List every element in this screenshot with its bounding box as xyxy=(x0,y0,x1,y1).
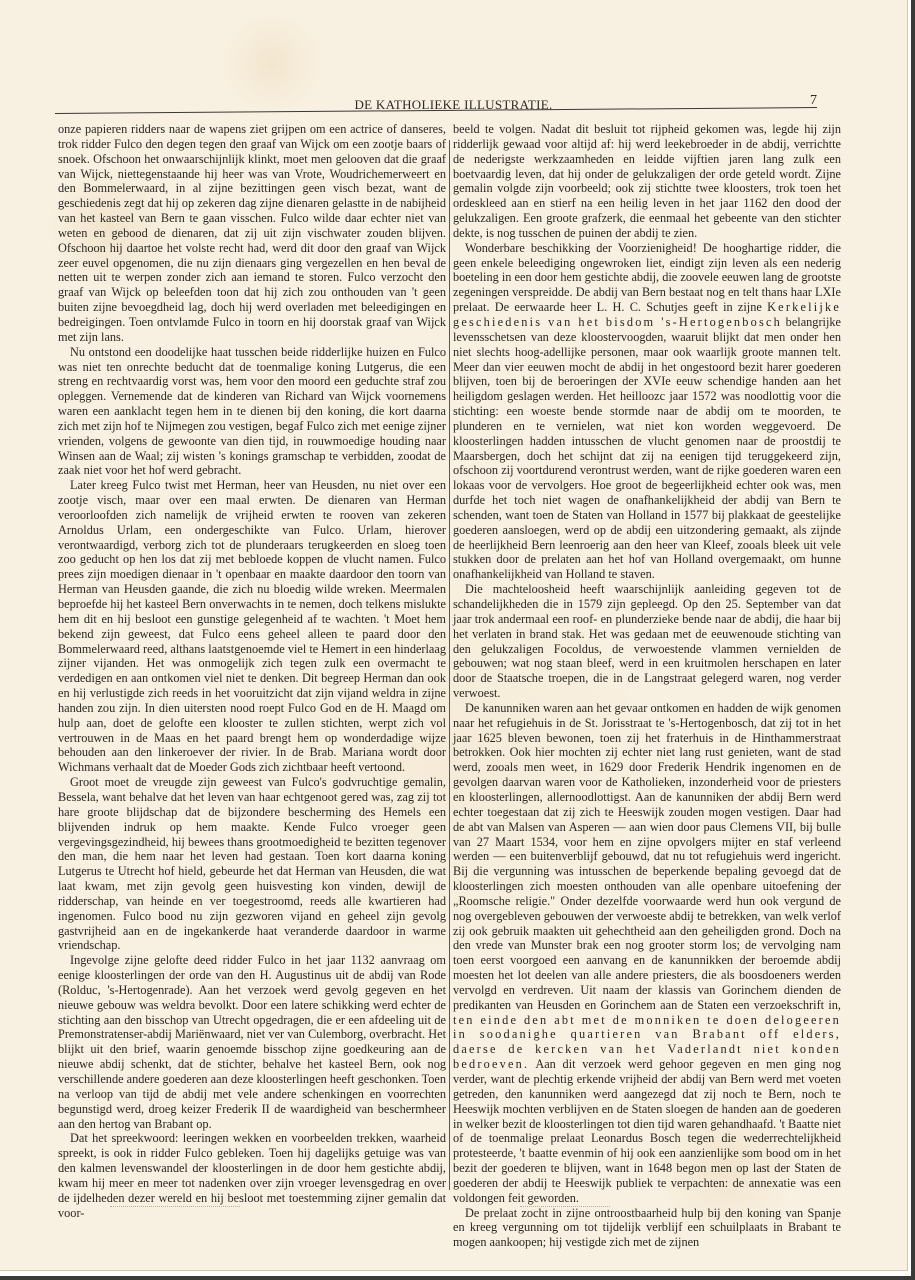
left-column: onze papieren ridders naar de wapens zie… xyxy=(58,122,446,1220)
newspaper-page: DE KATHOLIEKE ILLUSTRATIE. 7 onze papier… xyxy=(0,0,908,1271)
paragraph: Dat het spreekwoord: leeringen wekken en… xyxy=(58,1131,446,1220)
footer-dotted-rule xyxy=(520,1206,610,1207)
paragraph: beeld te volgen. Nadat dit besluit tot r… xyxy=(453,122,841,241)
scan-edge-bottom xyxy=(0,1276,915,1280)
paragraph: Die machteloosheid heeft waarschijnlijk … xyxy=(453,582,841,701)
paragraph-text: Meer dan vier eeuwen mocht de abdij in h… xyxy=(453,360,841,582)
paragraph: Ingevolge zijne gelofte deed ridder Fulc… xyxy=(58,953,446,1131)
paragraph-text: De kanunniken waren aan het gevaar ontko… xyxy=(453,701,841,1012)
paragraph: De prelaat zocht in zijne ontroostbaarhe… xyxy=(453,1206,841,1251)
paragraph-text: Aan dit verzoek werd gehoor gegeven en m… xyxy=(453,1057,841,1205)
right-column: beeld te volgen. Nadat dit besluit tot r… xyxy=(453,122,841,1250)
paragraph: onze papieren ridders naar de wapens zie… xyxy=(58,122,446,345)
paragraph: Groot moet de vreugde zijn geweest van F… xyxy=(58,775,446,953)
column-divider xyxy=(449,140,450,1190)
scan-edge-right xyxy=(911,0,915,1280)
footer-dotted-rule xyxy=(110,1206,240,1207)
paragraph: Nu ontstond een doodelijke haat tusschen… xyxy=(58,345,446,479)
paragraph: Wonderbare beschikking der Voorzienighei… xyxy=(453,241,841,582)
paragraph: Later kreeg Fulco twist met Herman, heer… xyxy=(58,478,446,775)
paragraph: De kanunniken waren aan het gevaar ontko… xyxy=(453,701,841,1206)
